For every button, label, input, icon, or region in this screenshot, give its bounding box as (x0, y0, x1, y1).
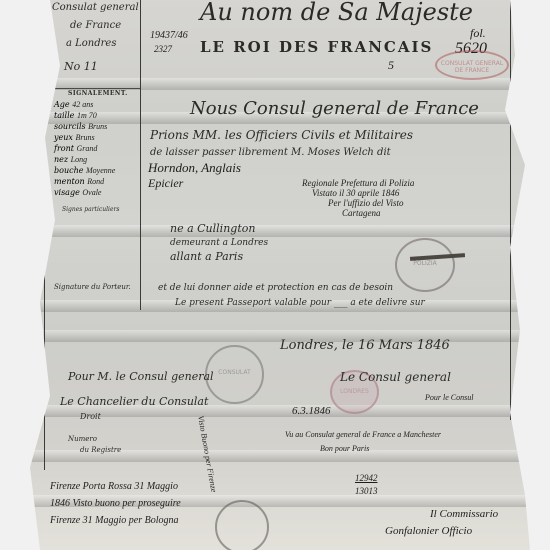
field-sourcils: sourcils Bruns (54, 122, 115, 133)
going-to: allant a Paris (170, 250, 243, 263)
sub-number: 5 (388, 58, 394, 73)
signalement-fields: Age 42 ans taille 1m 70 sourcils Bruns y… (54, 100, 115, 199)
consulat-line-2: de France (70, 20, 121, 31)
signes-particuliers-label: Signes particuliers (62, 206, 119, 213)
chancelier-label: Le Chancelier du Consulat (60, 395, 208, 408)
divider (44, 88, 140, 89)
italian-visa-note: Regionale Prefettura di Polizia Vistato … (302, 178, 414, 218)
place-and-date: Londres, le 16 Mars 1846 (280, 338, 450, 353)
born-at: ne a Cullington (170, 222, 255, 235)
consul-general-signature: Le Consul general (340, 370, 451, 384)
field-age: Age 42 ans (54, 100, 115, 111)
gonfalonier-signature: Gonfalonier Officio (385, 525, 472, 537)
registry-number-2: 2327 (154, 44, 172, 54)
title-le-roi: LE ROI DES FRANCAIS (200, 38, 433, 56)
register-number-1: 12942 (355, 473, 378, 483)
passport-number: No 11 (64, 60, 98, 73)
red-oval-stamp: CONSULAT GENERAL DE FRANCE (435, 50, 509, 80)
title-au-nom: Au nom de Sa Majeste (200, 0, 473, 26)
paper-fold (30, 225, 530, 237)
border-line-right (510, 0, 511, 420)
pour-consul-general: Pour M. le Consul general (68, 370, 214, 383)
commissario-signature: Il Commissario (430, 508, 498, 520)
manchester-visa-line-1: Vu au Consulat general de France a Manch… (285, 430, 441, 439)
registre-label: du Registre (80, 446, 121, 454)
manchester-visa-line-2: Bon pour Paris (320, 444, 369, 453)
field-taille: taille 1m 70 (54, 111, 115, 122)
consulat-line-1: Consulat general (52, 2, 139, 13)
laisser-passer-line: de laisser passer librement M. Moses Wel… (150, 147, 391, 158)
receipt-number: 6.3.1846 (292, 405, 331, 417)
signature-porteur-label: Signature du Porteur. (54, 283, 131, 291)
folio-label: fol. (470, 26, 486, 41)
florence-stamp (215, 500, 269, 550)
intro-nous-consul: Nous Consul general de France (190, 98, 479, 119)
register-number-2: 13013 (355, 486, 378, 496)
bearer-name: Horndon, Anglais (148, 160, 241, 176)
florence-visa-note: Firenze Porta Rossa 31 Maggio 1846 Visto… (50, 478, 181, 529)
validity-line: Le present Passeport valable pour ___ a … (175, 298, 425, 308)
registry-number-1: 19437/46 (150, 30, 188, 41)
ink-stain (512, 68, 524, 82)
residing-at: demeurant a Londres (170, 238, 268, 248)
passport-document: Consulat general de France a Londres No … (30, 0, 530, 550)
column-divider (140, 0, 141, 310)
protection-line: et de lui donner aide et protection en c… (158, 283, 393, 293)
field-yeux: yeux Bruns (54, 133, 115, 144)
round-stamp-right: POLIZIA (395, 238, 455, 292)
field-nez: nez Long (54, 155, 115, 166)
droit-label: Droit (80, 412, 101, 421)
bearer-profession: Epicier (148, 176, 183, 191)
field-visage: visage Ovale (54, 188, 115, 199)
field-bouche: bouche Moyenne (54, 166, 115, 177)
consul-name: Pour le Consul (425, 393, 473, 402)
border-line-left (44, 0, 45, 470)
field-front: front Grand (54, 144, 115, 155)
consulat-line-3: a Londres (66, 38, 116, 49)
numero-label: Numero (68, 435, 97, 443)
signalement-heading: SIGNALEMENT. (68, 90, 128, 97)
prions-line: Prions MM. les Officiers Civils et Milit… (150, 128, 413, 142)
field-menton: menton Rond (54, 177, 115, 188)
